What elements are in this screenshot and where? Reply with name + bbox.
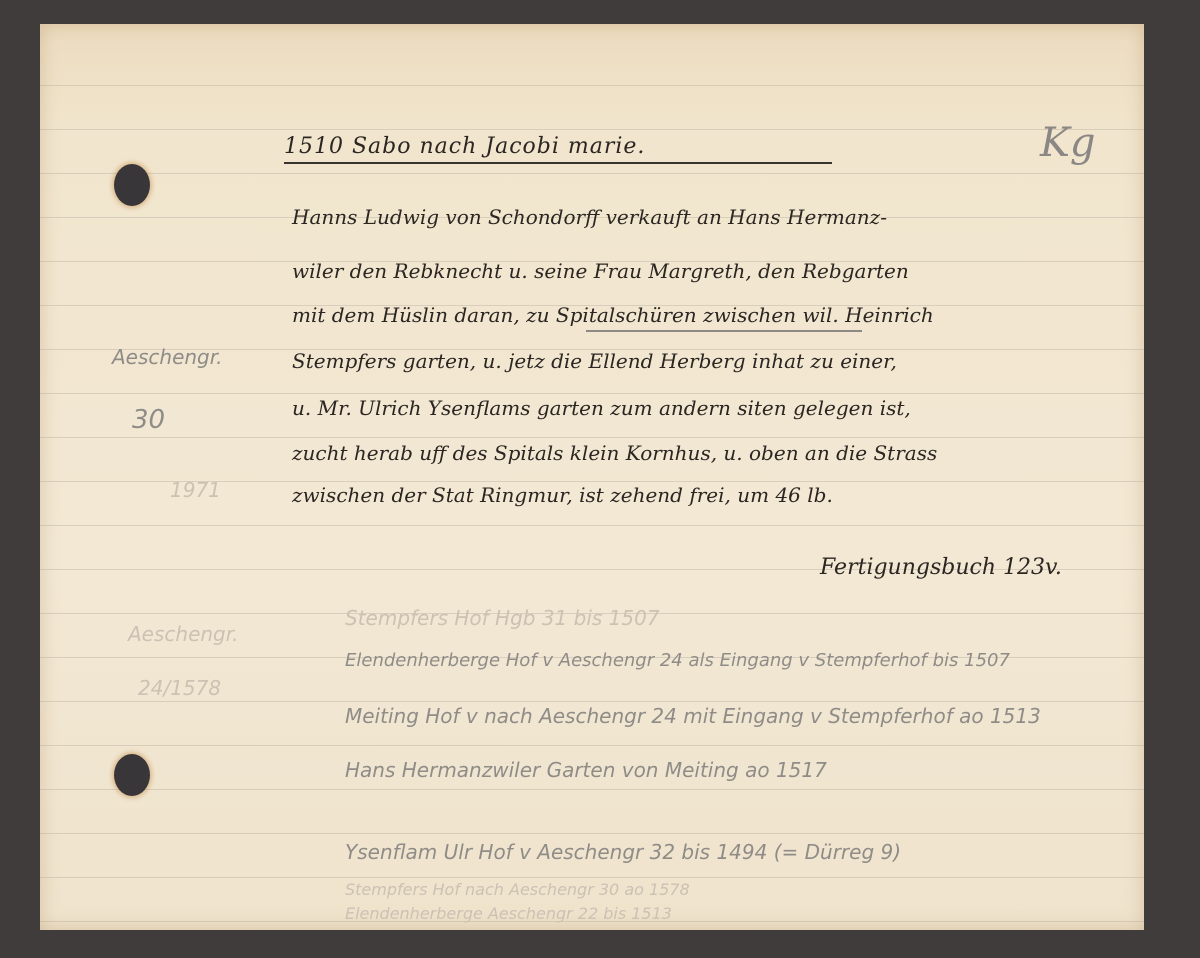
faint-note-1: Stempfers Hof nach Aeschengr 30 ao 1578 (345, 880, 690, 899)
pencil-note-1: Elendenherberge Hof v Aeschengr 24 als E… (345, 650, 1010, 671)
pencil-note-faint-top: Stempfers Hof Hgb 31 bis 1507 (345, 606, 660, 630)
pencil-note-2: Meiting Hof v nach Aeschengr 24 mit Eing… (345, 704, 1041, 728)
heading-underline (284, 162, 832, 164)
pencil-note-3: Hans Hermanzwiler Garten von Meiting ao … (345, 758, 827, 782)
document-heading: 1510 Sabo nach Jacobi marie. (284, 134, 645, 159)
body-line-6: zucht herab uff des Spitals klein Kornhu… (292, 441, 937, 465)
margin-note-faint-3: 24/1578 (138, 676, 221, 700)
margin-note-faint-1: 1971 (170, 478, 221, 502)
body-line-3: mit dem Hüslin daran, zu Spitalschüren z… (292, 303, 934, 327)
punch-hole-bottom (114, 754, 150, 796)
body-line-2: wiler den Rebknecht u. seine Frau Margre… (292, 259, 909, 283)
pencil-underline-spitalschueren (586, 330, 862, 332)
punch-hole-top (114, 164, 150, 206)
document-page (40, 24, 1144, 930)
body-line-4: Stempfers garten, u. jetz die Ellend Her… (292, 349, 897, 373)
margin-note-number: 30 (132, 405, 165, 435)
body-line-5: u. Mr. Ulrich Ysenflams garten zum ander… (292, 396, 911, 420)
pencil-note-4: Ysenflam Ulr Hof v Aeschengr 32 bis 1494… (345, 840, 901, 864)
faint-note-2: Elendenherberge Aeschengr 22 bis 1513 (345, 904, 672, 923)
margin-note-faint-2: Aeschengr. (128, 622, 239, 646)
margin-note-street: Aeschengr. (112, 345, 223, 369)
body-line-1: Hanns Ludwig von Schondorff verkauft an … (292, 205, 887, 229)
initials-mark: Kg (1040, 120, 1096, 166)
body-line-7: zwischen der Stat Ringmur, ist zehend fr… (292, 483, 833, 507)
source-reference: Fertigungsbuch 123v. (820, 555, 1062, 580)
